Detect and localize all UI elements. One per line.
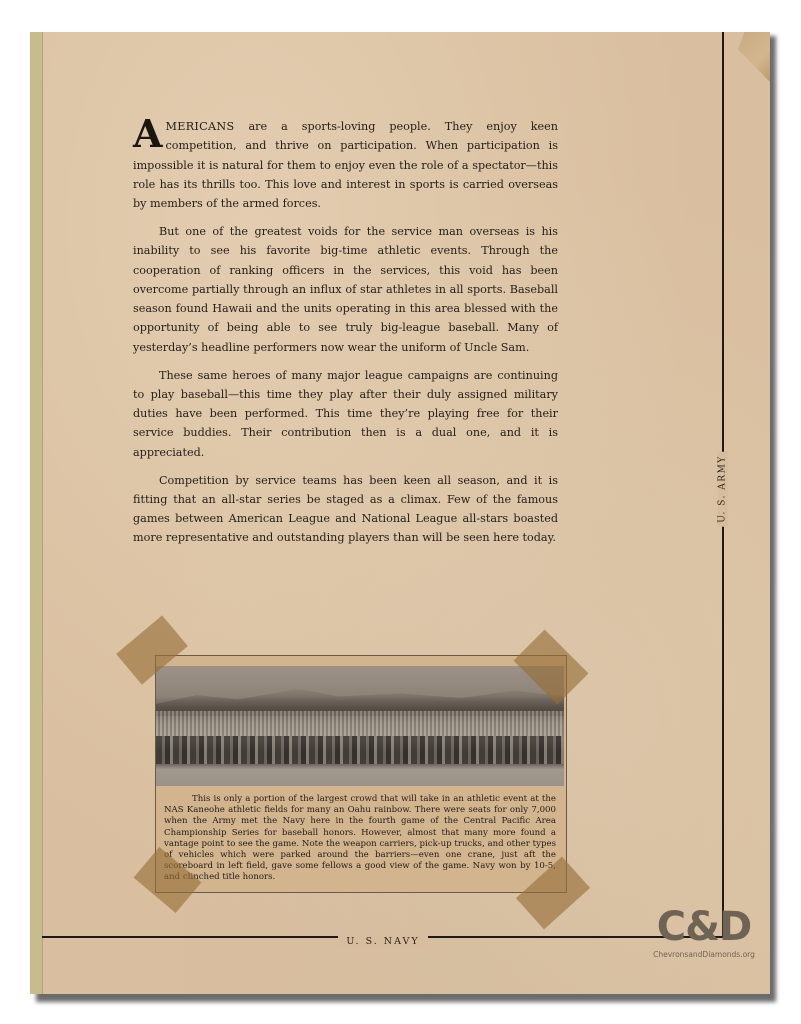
paragraph-lead: MERICANS bbox=[165, 120, 234, 133]
watermark-logo: C&D bbox=[640, 906, 768, 948]
page-binding-edge bbox=[30, 32, 43, 994]
watermark-url: ChevronsandDiamonds.org bbox=[640, 950, 768, 959]
crowd-photo bbox=[156, 666, 564, 786]
caption-text: This is only a portion of the largest cr… bbox=[164, 794, 556, 884]
watermark: C&D ChevronsandDiamonds.org bbox=[640, 906, 768, 959]
article-body: AMERICANS are a sports-loving people. Th… bbox=[133, 117, 558, 556]
newspaper-clipping: This is only a portion of the largest cr… bbox=[155, 655, 567, 893]
army-label: U. S. ARMY bbox=[710, 440, 736, 538]
paragraph-1: AMERICANS are a sports-loving people. Th… bbox=[133, 117, 558, 213]
paragraph-4: Competition by service teams has been ke… bbox=[133, 471, 558, 548]
photo-vehicles bbox=[156, 736, 564, 764]
navy-label-text: U. S. NAVY bbox=[338, 936, 427, 947]
drop-cap: A bbox=[133, 119, 162, 149]
photo-caption: This is only a portion of the largest cr… bbox=[164, 794, 556, 884]
army-label-text: U. S. ARMY bbox=[718, 451, 728, 526]
paragraph-text: are a sports-loving people. They enjoy k… bbox=[133, 120, 558, 210]
paragraph-3: These same heroes of many major league c… bbox=[133, 366, 558, 462]
photo-crowd bbox=[156, 711, 564, 736]
paragraph-2: But one of the greatest voids for the se… bbox=[133, 222, 558, 357]
